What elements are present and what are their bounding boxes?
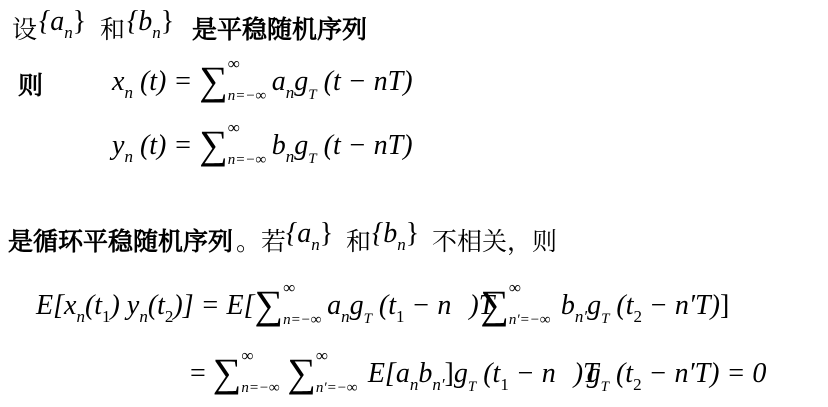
and-text-2: 和	[346, 222, 371, 258]
y-equation: yn (t) = ∑∞n=−∞bngT (t − nT)	[112, 130, 413, 162]
set-b-2: {bn}	[372, 218, 419, 250]
x-equation: xn (t) = ∑∞n=−∞angT (t − nT)	[112, 66, 413, 98]
stationary-text: 是平稳随机序列	[192, 10, 367, 46]
uncorrelated-text: 不相关，则	[432, 222, 557, 258]
set-b: {bn}	[127, 6, 174, 38]
cyclo-text: 是循环平稳随机序列	[8, 222, 233, 258]
intro-prefix: 设	[12, 10, 37, 46]
result-equation: = ∑∞n=−∞∑∞n′=−∞E[anbn′]gT (t1 − n)TgT (t…	[190, 358, 766, 390]
set-a: {an}	[39, 6, 86, 38]
set-a-2: {an}	[286, 218, 333, 250]
and-text: 和	[100, 10, 125, 46]
then-label: 则	[18, 66, 43, 102]
period-if: 。若	[236, 222, 286, 258]
expectation-equation: E[xn(t1) yn(t2)] = E[∑∞n=−∞angT (t1 − n)…	[36, 290, 729, 322]
